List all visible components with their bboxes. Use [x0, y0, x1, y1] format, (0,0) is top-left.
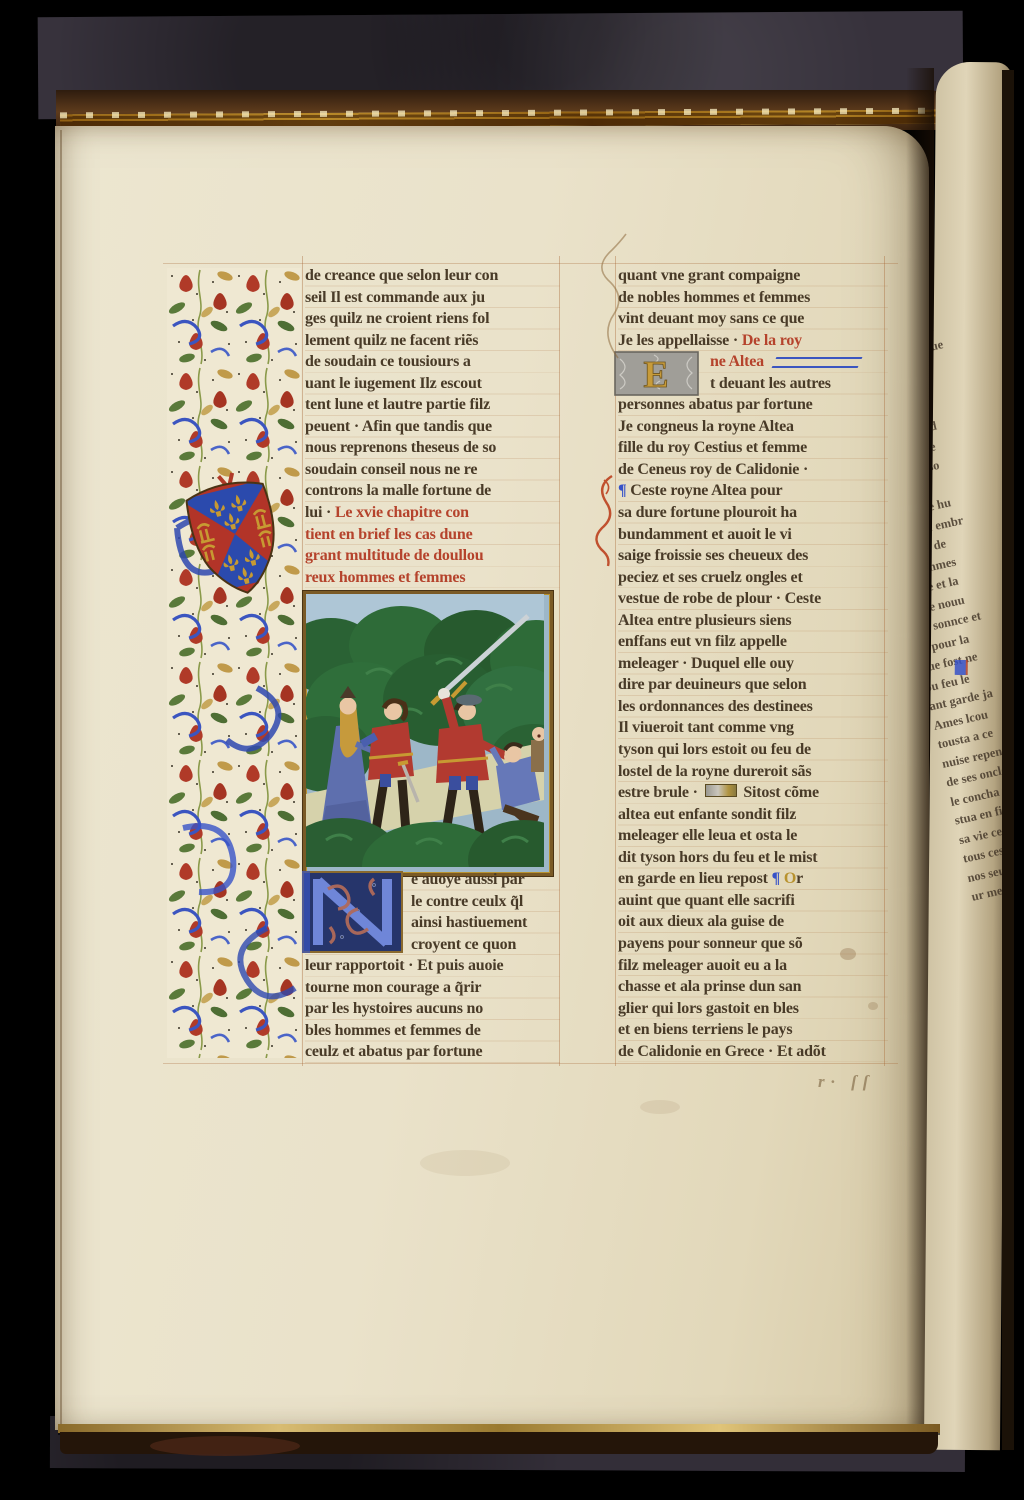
text-line: tient en brief les cas dune — [305, 524, 560, 546]
text-segment: altea eut enfante sondit filz — [618, 806, 796, 823]
text-segment: reux hommes et femmes — [305, 569, 465, 586]
text-segment: tyson qui lors estoit ou feu de — [618, 741, 811, 758]
text-line: Je congneus la royne Altea — [618, 416, 888, 438]
text-line: Il viueroit tant comme vng — [618, 717, 888, 739]
text-segment: ainsi hastiuement — [411, 914, 527, 931]
text-segment: tourne mon courage a q̃rir — [305, 979, 481, 996]
text-line: enffans eut vn filz appelle — [618, 631, 888, 653]
text-line: glier qui lors gastoit en bles — [618, 998, 888, 1020]
text-segment: chasse et ala prinse dun san — [618, 978, 801, 995]
text-segment: Il viueroit tant comme vng — [618, 719, 794, 736]
text-line: bundamment et auoit le vi — [618, 524, 888, 546]
text-line: tent lune et lautre partie filz — [305, 394, 560, 416]
text-line: ne Altea — [710, 351, 888, 373]
ruling-line — [163, 1063, 898, 1064]
text-segment: vint deuant moy sans ce que — [618, 310, 804, 327]
text-segment: payens pour sonneur que sõ — [618, 935, 803, 952]
gold-line-filler — [705, 784, 737, 797]
text-line: auint que quant elle sacrifi — [618, 890, 888, 912]
text-segment: saige froissie ses cheueux des — [618, 547, 808, 564]
text-line: nous reprenons theseus de so — [305, 437, 560, 459]
text-segment: meleager elle leua et osta le — [618, 827, 797, 844]
text-line: controns la malle fortune de — [305, 480, 560, 502]
text-segment: estre brule · — [618, 784, 702, 801]
text-line: grant multitude de doullou — [305, 545, 560, 567]
text-segment: nous reprenons theseus de so — [305, 439, 496, 456]
text-line: vestue de robe de plour · Ceste — [618, 588, 888, 610]
manuscript-photo: de creance que selon leur conseil Il est… — [0, 0, 1024, 1500]
text-segment: peuent · Afin que tandis que — [305, 418, 492, 435]
text-line: de Calidonie en Grece · Et adõt — [618, 1041, 888, 1063]
text-segment: dit tyson hors du feu et le mist — [618, 849, 817, 866]
text-line: leur rapportoit · Et puis auoie — [305, 955, 560, 977]
board-edge — [1002, 70, 1014, 1450]
text-line: meleager elle leua et osta le — [618, 825, 888, 847]
text-segment: dire par deuineurs que selon — [618, 676, 807, 693]
side-folio-text: nous me que Nmer Ladont meentremis deux … — [924, 200, 1012, 907]
gutter-crease — [60, 130, 62, 1426]
text-segment: bles hommes et femmes de — [305, 1022, 481, 1039]
text-segment: uant le iugement Ilz escout — [305, 375, 482, 392]
text-line: fille du roy Cestius et femme — [618, 437, 888, 459]
royal-arms-shield — [176, 468, 294, 600]
text-segment: lostel de la royne dureroit sãs — [618, 763, 811, 780]
text-segment: enffans eut vn filz appelle — [618, 633, 787, 650]
text-line: uant le iugement Ilz escout — [305, 373, 560, 395]
text-segment: O — [784, 870, 796, 887]
text-segment: les ordonnances des destinees — [618, 698, 813, 715]
text-line: Je les appellaisse · De la roy — [618, 330, 888, 352]
text-segment: de nobles hommes et femmes — [618, 289, 810, 306]
text-line: par les hystoires aucuns no — [305, 998, 560, 1020]
text-line: sa dure fortune plouroit ha — [618, 502, 888, 524]
text-line: bles hommes et femmes de — [305, 1020, 560, 1042]
text-line: et en biens terriens le pays — [618, 1019, 888, 1041]
text-segment: le contre ceulx q̃l — [411, 893, 523, 910]
text-segment: meleager · Duquel elle ouy — [618, 655, 794, 672]
text-segment: peciez et ses cruelz ongles et — [618, 569, 803, 586]
text-segment: ne Altea — [710, 353, 768, 370]
text-line: de creance que selon leur con — [305, 265, 560, 287]
text-line: meleager · Duquel elle ouy — [618, 653, 888, 675]
text-segment: auint que quant elle sacrifi — [618, 892, 795, 909]
text-line: peuent · Afin que tandis que — [305, 416, 560, 438]
text-segment: soudain conseil nous ne re — [305, 461, 477, 478]
side-folio-edge: nous me que Nmer Ladont meentremis deux … — [924, 62, 1012, 1451]
quire-mark: r· ſſ — [818, 1072, 874, 1092]
text-line: le contre ceulx q̃l — [411, 891, 560, 913]
text-line: filz meleager auoit eu a la — [618, 955, 888, 977]
text-segment: tent lune et lautre partie filz — [305, 396, 490, 413]
text-segment: lement quilz ne facent riẽs — [305, 332, 478, 349]
parchment-stain — [420, 1150, 510, 1176]
text-line: e auoye aussi par — [411, 869, 560, 891]
text-line: ainsi hastiuement — [411, 912, 560, 934]
figure-second-victim — [531, 727, 544, 772]
text-line: lement quilz ne facent riẽs — [305, 330, 560, 352]
text-segment: Sitost cõme — [740, 784, 819, 801]
text-line: ges quilz ne croient riens fol — [305, 308, 560, 330]
text-line: saige froissie ses cheueux des — [618, 545, 888, 567]
text-line: de soudain ce tousiours a — [305, 351, 560, 373]
parchment-stain — [640, 1100, 680, 1114]
text-segment: seil Il est commande aux ju — [305, 289, 485, 306]
text-segment: e auoye aussi par — [411, 871, 525, 888]
text-segment: de Calidonie en Grece · Et adõt — [618, 1043, 826, 1060]
text-segment: r — [796, 870, 803, 887]
text-line: de Ceneus roy de Calidonie · — [618, 459, 888, 481]
text-line: croyent ce quon — [411, 934, 560, 956]
text-segment: Je les appellaisse · — [618, 332, 742, 349]
text-segment: t deuant les autres — [710, 375, 831, 392]
text-segment: grant multitude de doullou — [305, 547, 483, 564]
text-segment: tient en brief les cas dune — [305, 526, 472, 543]
text-segment: ges quilz ne croient riens fol — [305, 310, 489, 327]
text-line: vint deuant moy sans ce que — [618, 308, 888, 330]
text-line: les ordonnances des destinees — [618, 696, 888, 718]
text-line: peciez et ses cruelz ongles et — [618, 567, 888, 589]
text-segment: personnes abatus par fortune — [618, 396, 813, 413]
text-line: de nobles hommes et femmes — [618, 287, 888, 309]
text-line: ceulz et abatus par fortune — [305, 1041, 560, 1063]
text-segment: lui · — [305, 504, 335, 521]
text-segment: glier qui lors gastoit en bles — [618, 1000, 799, 1017]
text-line: tyson qui lors estoit ou feu de — [618, 739, 888, 761]
text-line: ¶ Ceste royne Altea pour — [618, 480, 888, 502]
text-segment: De la roy — [742, 332, 802, 349]
ruling-line — [163, 263, 898, 264]
text-segment: filz meleager auoit eu a la — [618, 957, 787, 974]
text-line: en garde en lieu repost ¶ Or — [618, 868, 888, 890]
text-line: oit aux dieux ala guise de — [618, 911, 888, 933]
text-line: seil Il est commande aux ju — [305, 287, 560, 309]
text-segment: Altea entre plusieurs siens — [618, 612, 791, 629]
text-segment: croyent ce quon — [411, 936, 516, 953]
text-line: personnes abatus par fortune — [618, 394, 888, 416]
text-line: altea eut enfante sondit filz — [618, 804, 888, 826]
text-segment: en garde en lieu repost — [618, 870, 772, 887]
text-segment: bundamment et auoit le vi — [618, 526, 792, 543]
text-line: reux hommes et femmes — [305, 567, 560, 589]
blue-line-filler — [771, 357, 862, 368]
text-segment: vestue de robe de plour · Ceste — [618, 590, 821, 607]
rubricated-flourish — [590, 470, 620, 570]
initial-e-letter: E — [643, 354, 668, 396]
text-line: estre brule · Sitost cõme — [618, 782, 888, 804]
text-segment: oit aux dieux ala guise de — [618, 913, 784, 930]
text-segment: de Ceneus roy de Calidonie · — [618, 461, 808, 478]
text-segment: ceulz et abatus par fortune — [305, 1043, 482, 1060]
text-line: dit tyson hors du feu et le mist — [618, 847, 888, 869]
text-line: soudain conseil nous ne re — [305, 459, 560, 481]
text-line: dire par deuineurs que selon — [618, 674, 888, 696]
text-segment: Ceste royne Altea pour — [626, 482, 782, 499]
text-line: tourne mon courage a q̃rir — [305, 977, 560, 999]
text-line: lostel de la royne dureroit sãs — [618, 761, 888, 783]
text-segment: par les hystoires aucuns no — [305, 1000, 483, 1017]
text-line: chasse et ala prinse dun san — [618, 976, 888, 998]
pen-flourish — [588, 232, 628, 362]
miniature-foreground-bushes — [306, 818, 544, 867]
text-segment: leur rapportoit · Et puis auoie — [305, 957, 503, 974]
text-segment: Le xvie chapitre con — [335, 504, 469, 521]
text-segment: sa dure fortune plouroit ha — [618, 504, 797, 521]
miniature-painting — [303, 591, 553, 876]
side-folio-initial — [955, 660, 966, 675]
text-segment: Je congneus la royne Altea — [618, 418, 794, 435]
left-text-column-upper: de creance que selon leur conseil Il est… — [305, 265, 560, 588]
pilcrow-mark: ¶ — [772, 870, 780, 887]
text-segment: quant vne grant compaigne — [618, 267, 800, 284]
text-line: Altea entre plusieurs siens — [618, 610, 888, 632]
text-line: lui · Le xvie chapitre con — [305, 502, 560, 524]
illuminated-initial-n — [302, 871, 403, 953]
text-segment: fille du roy Cestius et femme — [618, 439, 807, 456]
illuminated-border — [167, 268, 301, 1058]
text-line: payens pour sonneur que sõ — [618, 933, 888, 955]
text-segment: de soudain ce tousiours a — [305, 353, 471, 370]
text-segment: controns la malle fortune de — [305, 482, 491, 499]
text-line: t deuant les autres — [710, 373, 888, 395]
text-segment: de creance que selon leur con — [305, 267, 498, 284]
text-line: quant vne grant compaigne — [618, 265, 888, 287]
leather-wear-mark — [150, 1436, 300, 1456]
text-segment: et en biens terriens le pays — [618, 1021, 792, 1038]
